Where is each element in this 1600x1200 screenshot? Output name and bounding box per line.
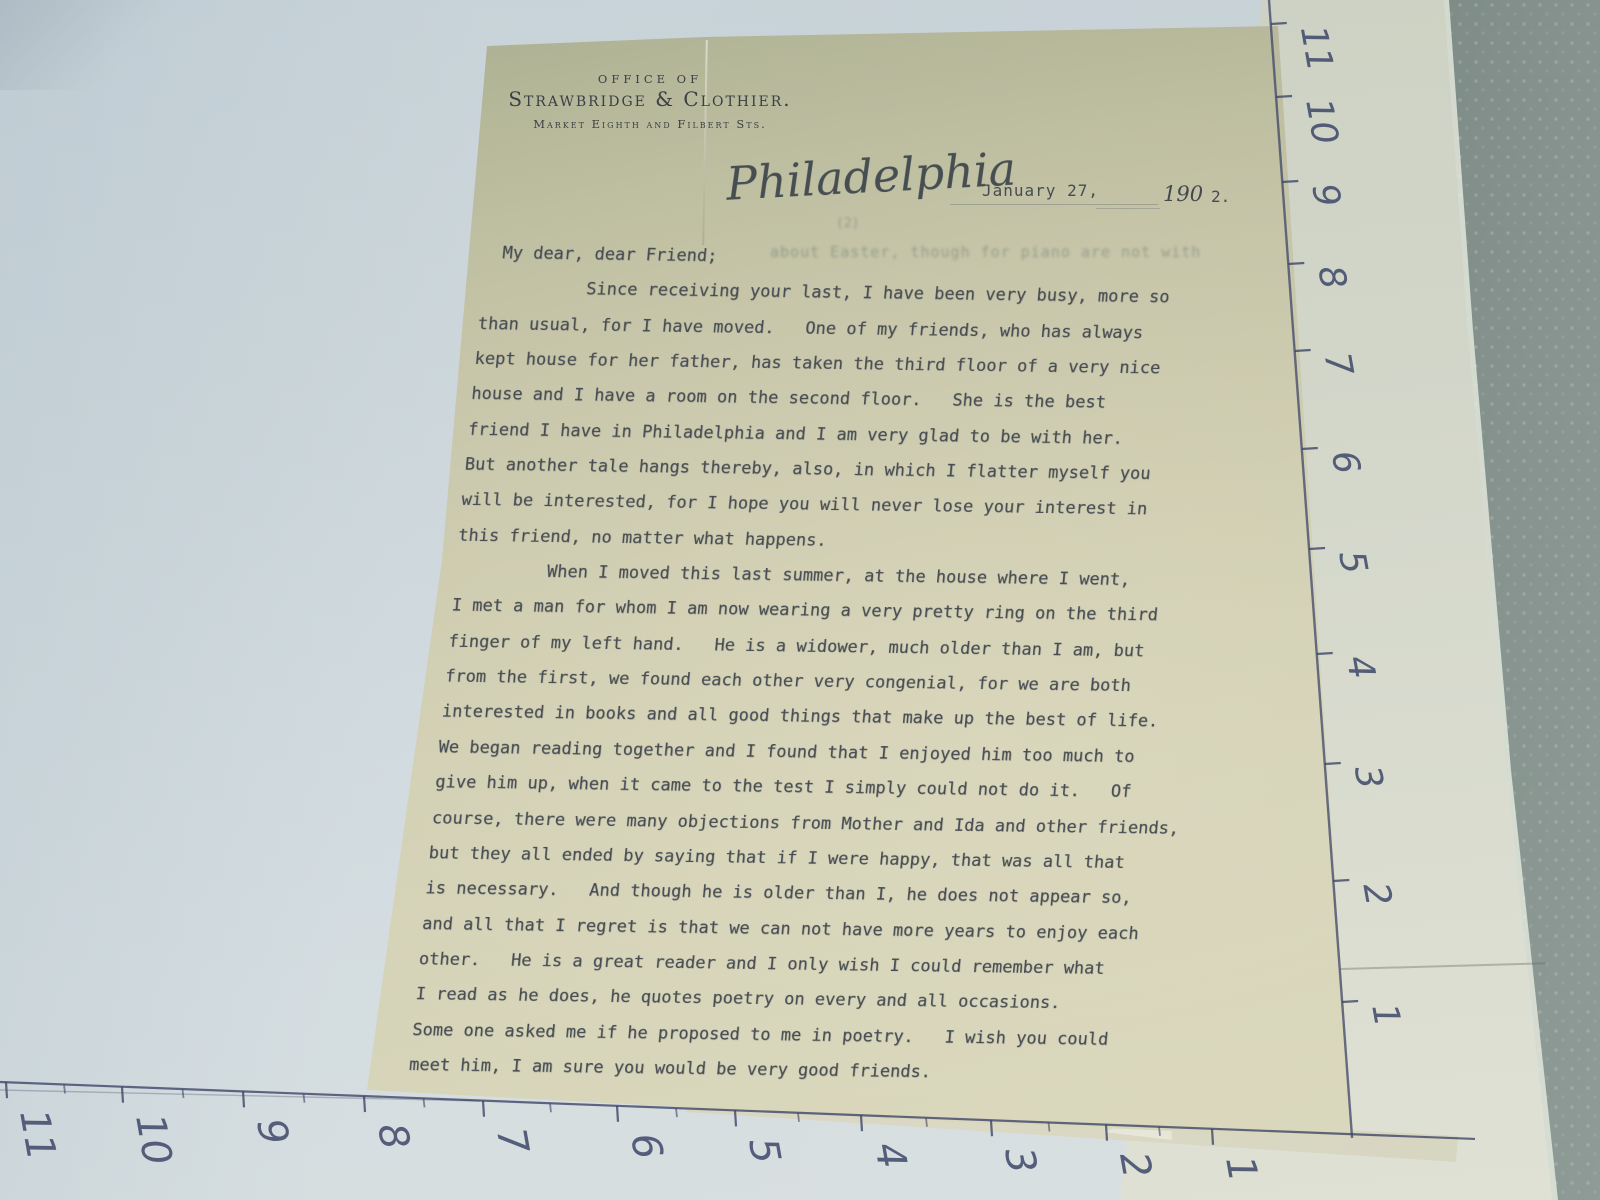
ruler-number: 9 — [247, 1115, 297, 1148]
ruler-line — [991, 1120, 992, 1136]
ruler-number: 2 — [1354, 879, 1398, 909]
ruler-line — [861, 1115, 862, 1131]
ruler-line — [1212, 1129, 1213, 1145]
ruler-number: 5 — [739, 1134, 789, 1167]
ruler-line — [617, 1106, 618, 1122]
ruler-line — [550, 1103, 551, 1112]
ruler-line — [483, 1101, 484, 1117]
ruler-line — [0, 1082, 1475, 1139]
ruler-number: 3 — [995, 1144, 1045, 1177]
ruler-line — [1295, 350, 1311, 351]
ruler-number: 8 — [368, 1120, 418, 1153]
ruler-number: 11 — [10, 1106, 64, 1164]
ruler-line — [304, 1094, 305, 1103]
ruler-line — [1106, 1125, 1107, 1141]
photo-stage: OFFICE OF Strawbridge & Clothier. Market… — [0, 0, 1600, 1200]
ruler-number: 10 — [126, 1110, 180, 1168]
ruler-number: 10 — [1297, 95, 1345, 147]
ruler-line — [6, 1082, 7, 1098]
ruler-line — [926, 1118, 927, 1127]
hand-drawn-ruler-overlay: 11109876543211110987654321 — [0, 0, 1600, 1200]
ruler-line — [1333, 880, 1349, 881]
ruler-line — [64, 1084, 65, 1093]
ruler-number: 3 — [1346, 762, 1390, 792]
ruler-line — [1049, 1122, 1050, 1131]
ruler-line — [1309, 548, 1325, 549]
ruler-line — [1325, 763, 1341, 764]
ruler-line — [1159, 1127, 1160, 1136]
ruler-line — [183, 1089, 184, 1098]
ruler-line — [1342, 1001, 1358, 1002]
ruler-number: 7 — [1316, 349, 1360, 379]
ruler-number: 6 — [621, 1130, 671, 1163]
ruler-line — [1317, 653, 1333, 654]
ruler-number: 1 — [1363, 1000, 1407, 1030]
ruler-line — [1302, 448, 1318, 449]
ruler-number: 4 — [865, 1139, 915, 1172]
ruler-number: 5 — [1330, 547, 1374, 577]
ruler-line — [676, 1108, 677, 1117]
ruler-line — [122, 1087, 123, 1103]
ruler-number: 8 — [1309, 262, 1353, 292]
ruler-number: 2 — [1110, 1148, 1160, 1181]
ruler-number: 9 — [1303, 180, 1347, 210]
ruler-number: 4 — [1338, 652, 1382, 682]
ruler-number: 1 — [1216, 1153, 1266, 1186]
ruler-line — [1271, 23, 1287, 24]
ruler-line — [243, 1091, 244, 1107]
ruler-line — [1282, 181, 1298, 182]
ruler-line — [424, 1098, 425, 1107]
ruler-line — [735, 1110, 736, 1126]
ruler-number: 7 — [487, 1124, 537, 1158]
ruler-line — [798, 1113, 799, 1122]
ruler-line — [1288, 263, 1304, 264]
ruler-number: 6 — [1323, 447, 1367, 477]
ruler-line — [364, 1096, 365, 1112]
ruler-number: 11 — [1292, 22, 1340, 74]
ruler-line — [1276, 96, 1292, 97]
